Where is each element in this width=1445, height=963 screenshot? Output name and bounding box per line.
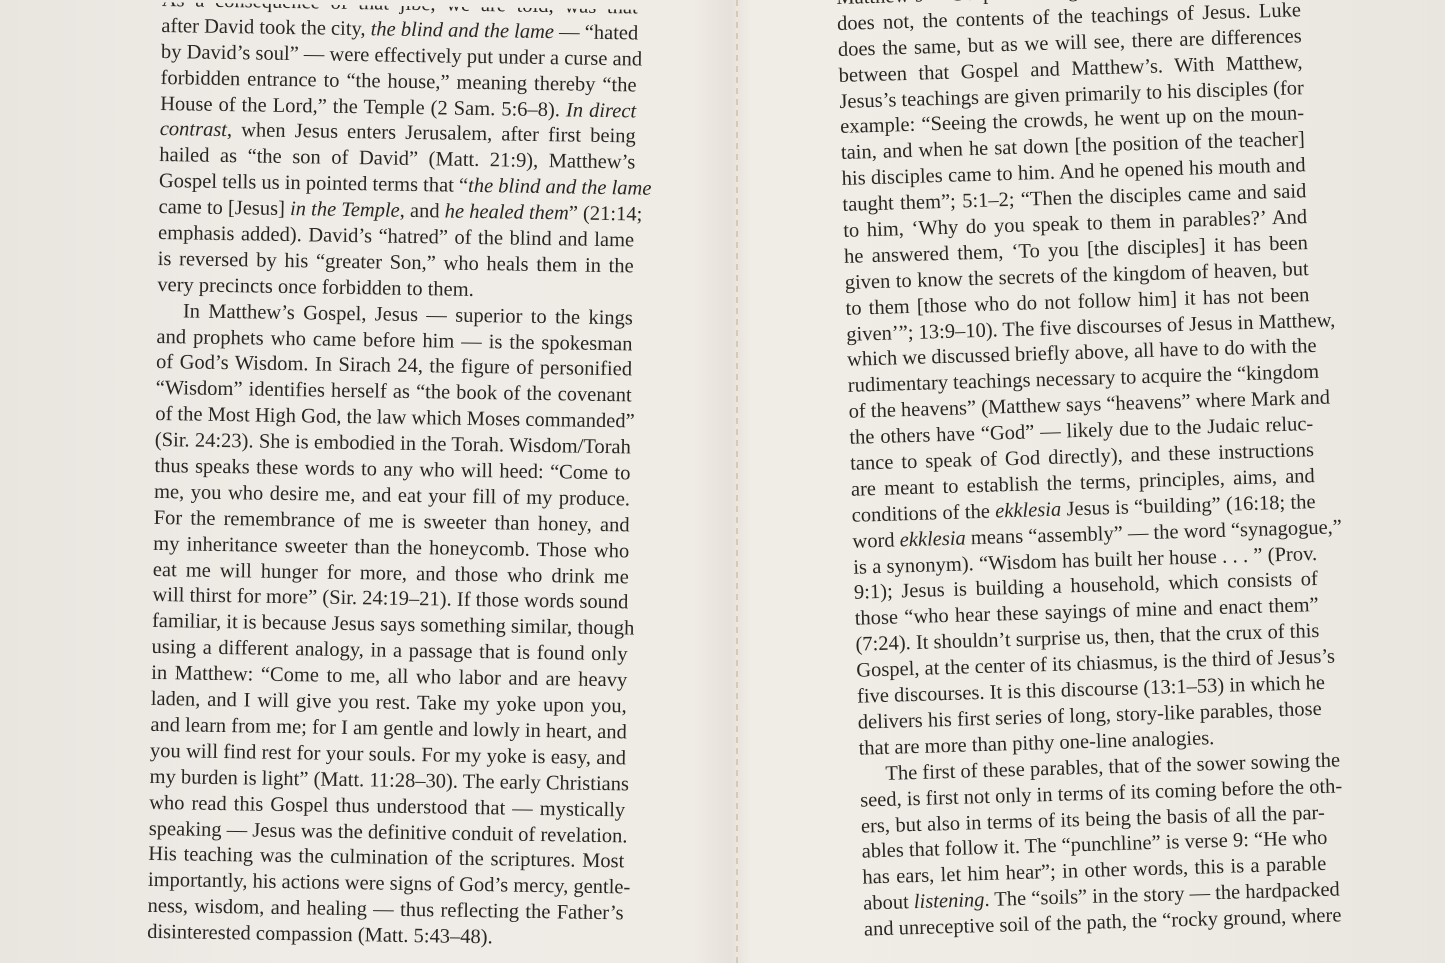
emphasis: the blind and the lame [371, 18, 555, 43]
emphasis: the blind and the lame [468, 175, 652, 200]
emphasis: ekklesia [995, 498, 1062, 522]
emphasis: he healed them [445, 201, 569, 225]
book-gutter [736, 0, 738, 963]
emphasis: In direct [566, 99, 636, 122]
emphasis: ekklesia [899, 527, 966, 551]
emphasis: in the Temple [290, 198, 400, 222]
emphasis: listening [914, 889, 985, 913]
book-spread: As a consequence of that jibe, we are to… [0, 0, 1445, 963]
right-page: Matthew’s Gospel brings together, as Mar… [836, 0, 1328, 944]
left-page: As a consequence of that jibe, we are to… [147, 0, 638, 953]
emphasis: contrast [160, 118, 228, 141]
